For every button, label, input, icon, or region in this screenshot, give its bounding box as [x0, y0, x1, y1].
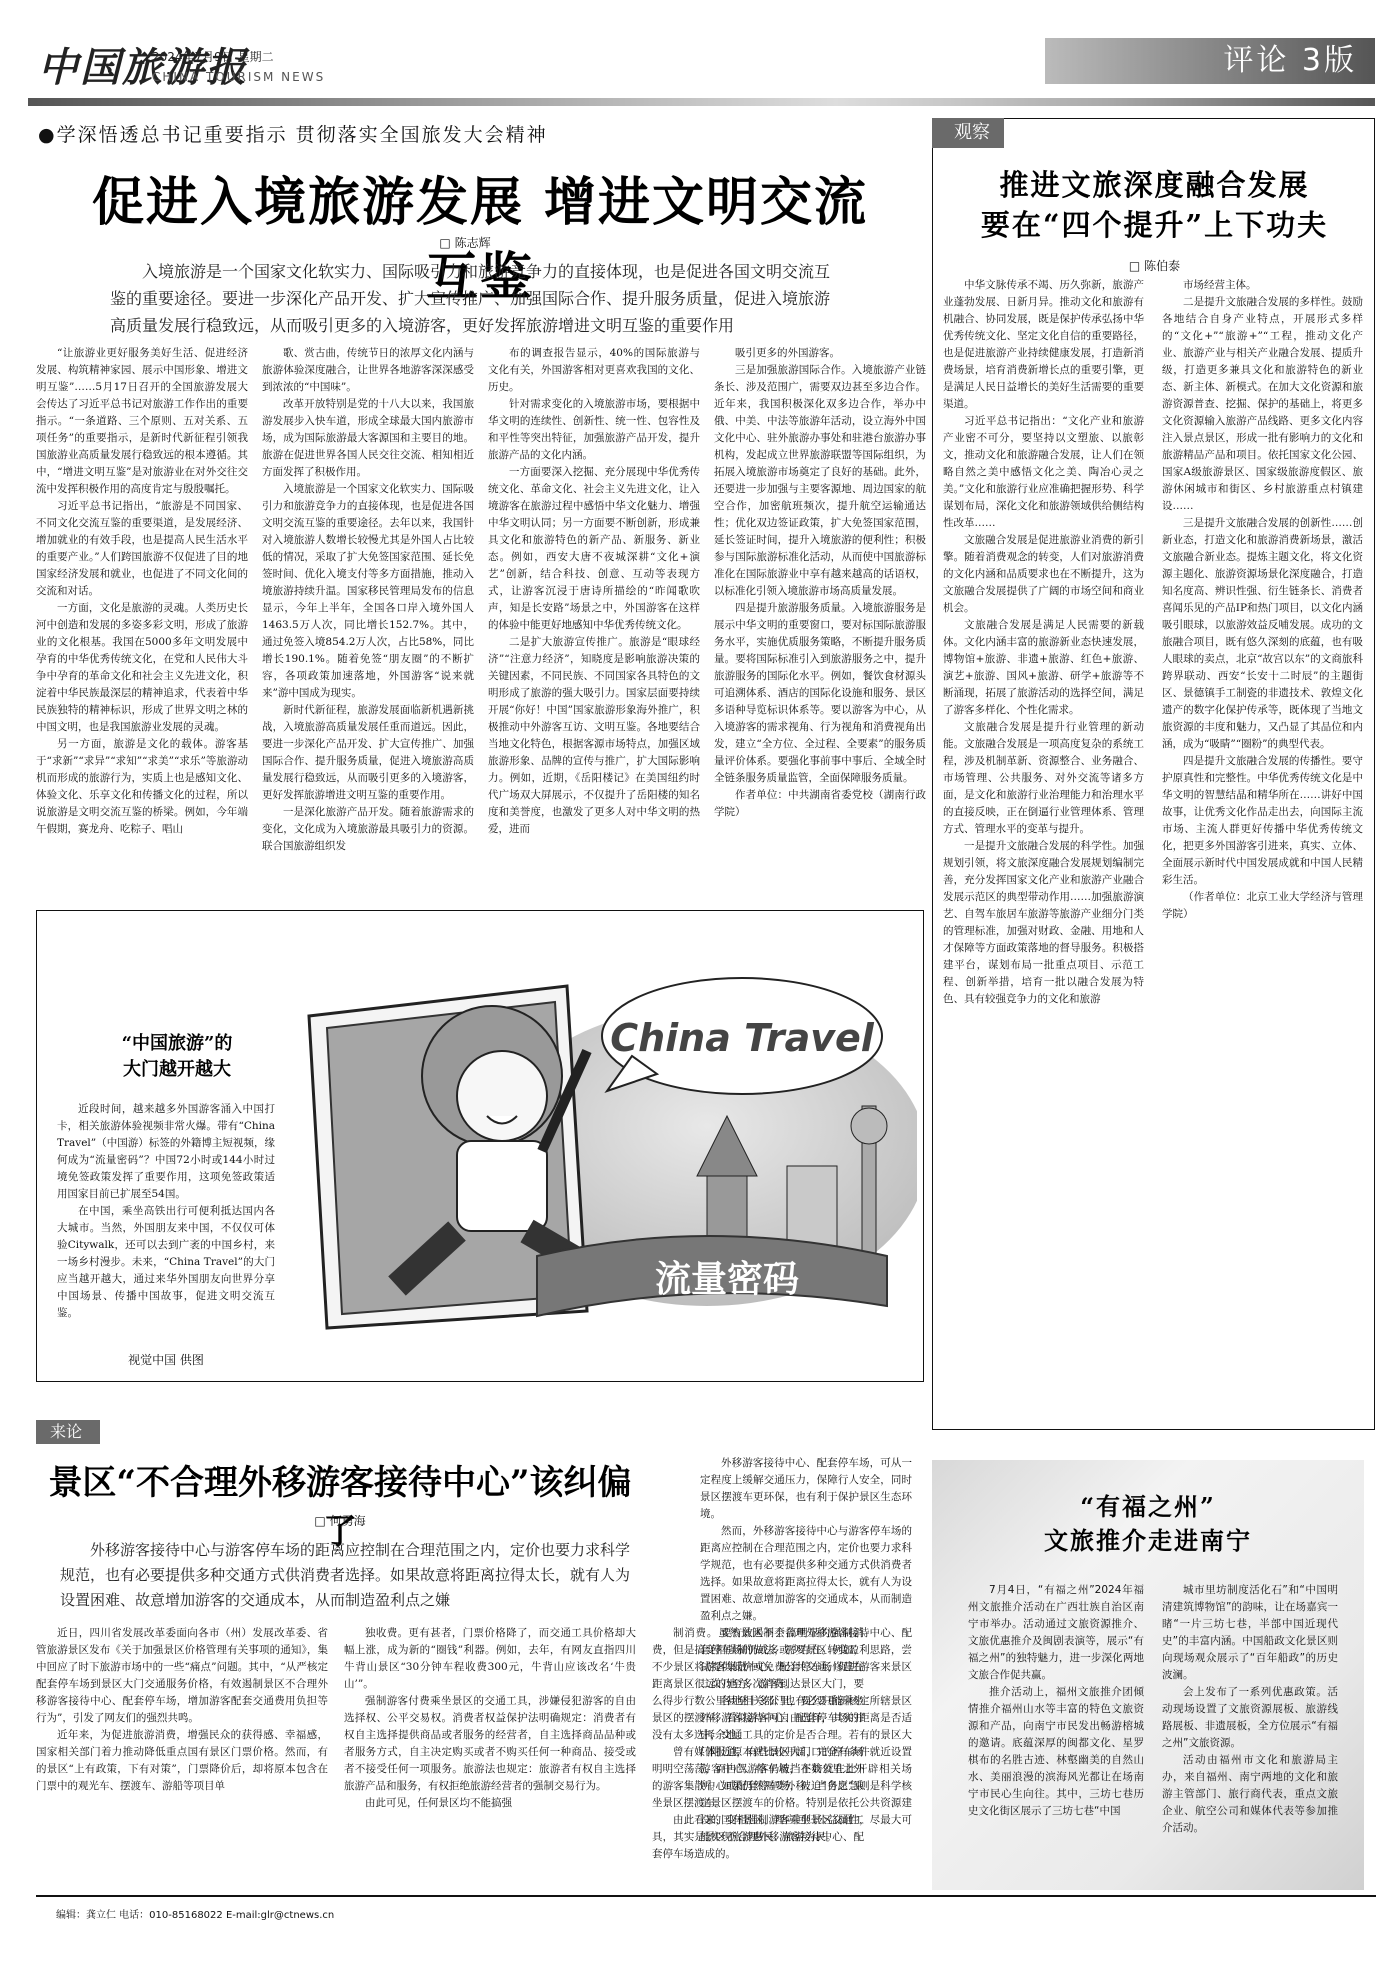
fuzhou-col-1: 7月4日，“有福之州”2024年福州文旅推介活动在广西壮族自治区南宁市举办。活动…	[968, 1582, 1144, 1882]
fuzhou-body: 7月4日，“有福之州”2024年福州文旅推介活动在广西壮族自治区南宁市举办。活动…	[968, 1582, 1338, 1882]
observation-label: 观察	[932, 118, 1004, 148]
fuzhou-headline: “有福之州” 文旅推介走进南宁	[932, 1490, 1364, 1558]
fuzhou-promo-panel: “有福之州” 文旅推介走进南宁 7月4日，“有福之州”2024年福州文旅推介活动…	[932, 1460, 1364, 1890]
china-travel-illustration: China Travel 流量密码	[287, 956, 917, 1356]
fuzhou-col-2: 城市里坊制度活化石”和“中国明清建筑博物馆”的韵味，让在场嘉宾一睹“一片三坊七巷…	[1162, 1582, 1338, 1882]
commentary-lead: 外移游客接待中心与游客停车场的距离应控制在合理范围之内，定价也要力求科学规范，也…	[60, 1538, 640, 1613]
commentary-body-left: 近日，四川省发展改革委面向各市（州）发展改革委、省管旅游景区发布《关于加强景区价…	[36, 1625, 636, 1895]
commentary-col-2: 独收费。更有甚者，门票价格降了，而交通工具价格却大幅上涨，成为新的“圈钱”利器。…	[344, 1625, 636, 1895]
editor-footer: 编辑：龚立仁 电话：010-85168022 E-mail:glr@ctnews…	[56, 1906, 334, 1921]
svg-text:流量密码: 流量密码	[655, 1259, 799, 1300]
observation-col-2: 市场经营主体。 二是提升文旅融合发展的多样性。鼓励各地结合自身产业特点，开展形式…	[1162, 277, 1363, 1417]
observation-headline: 推进文旅深度融合发展 要在“四个提升”上下功夫	[943, 165, 1366, 245]
cartoon-illustration-icon: China Travel 流量密码	[287, 956, 917, 1356]
cartoon-feature-box: “中国旅游”的 大门越开越大 近段时间，越来越多外国游客涌入中国打卡，相关旅游体…	[36, 910, 924, 1382]
issue-date: 2024年7月9日 星期二	[152, 48, 274, 65]
masthead-rule	[28, 98, 1375, 106]
main-article-body: “让旅游业更好服务美好生活、促进经济发展、构筑精神家园、展示中国形象、增进文明互…	[36, 345, 926, 885]
main-lead: 入境旅游是一个国家文化软实力、国际吸引力和旅游竞争力的直接体现，也是促进各国文明…	[110, 258, 830, 339]
cartoon-text: 近段时间，越来越多外国游客涌入中国打卡，相关旅游体验视频非常火爆。带有“Chin…	[57, 1101, 275, 1322]
observation-box: 观察 推进文旅深度融合发展 要在“四个提升”上下功夫 □ 陈伯泰 中华文脉传承不…	[932, 118, 1375, 1430]
observation-col-1: 中华文脉传承不竭、历久弥新，旅游产业蓬勃发展、日新月异。推动文化和旅游有机融合、…	[943, 277, 1144, 1417]
commentary-col-4: 外移游客接待中心、配套停车场，可从一定程度上缓解交通压力，保障行人安全，同时景区…	[700, 1455, 912, 1895]
observation-body: 中华文脉传承不竭、历久弥新，旅游产业蓬勃发展、日新月异。推动文化和旅游有机融合、…	[943, 277, 1363, 1417]
main-col-3: 布的调查报告显示，40%的国际旅游与文化有关，外国游客相对更喜欢我国的文化、历史…	[488, 345, 700, 885]
main-col-2: 歌、赏古曲，传统节日的浓厚文化内涵与旅游体验深度融合，让世界各地游客深深感受到浓…	[262, 345, 474, 885]
observation-byline: □ 陈伯泰	[933, 257, 1376, 274]
kicker-line: ●学深悟透总书记重要指示 贯彻落实全国旅发大会精神	[38, 120, 548, 147]
svg-text:China Travel: China Travel	[610, 1016, 875, 1060]
commentary-col-1: 近日，四川省发展改革委面向各市（州）发展改革委、省管旅游景区发布《关于加强景区价…	[36, 1625, 328, 1895]
cartoon-title: “中国旅游”的 大门越开越大	[77, 1031, 277, 1083]
section-page-tab: 评论 3版	[1045, 38, 1375, 84]
main-col-4: 吸引更多的外国游客。 三是加强旅游国际合作。入境旅游产业链条长、涉及范围广，需要…	[714, 345, 926, 885]
main-byline: □ 陈志辉	[0, 234, 930, 251]
cartoon-credit: 视觉中国 供图	[57, 1351, 275, 1368]
commentary-byline: □ 何勇海	[40, 1512, 640, 1529]
english-name: CHINA TOURISM NEWS	[152, 70, 325, 84]
commentary-label: 来论	[36, 1420, 100, 1444]
bottom-rule	[36, 1895, 1376, 1897]
main-col-1: “让旅游业更好服务美好生活、促进经济发展、构筑精神家园、展示中国形象、增进文明互…	[36, 345, 248, 885]
